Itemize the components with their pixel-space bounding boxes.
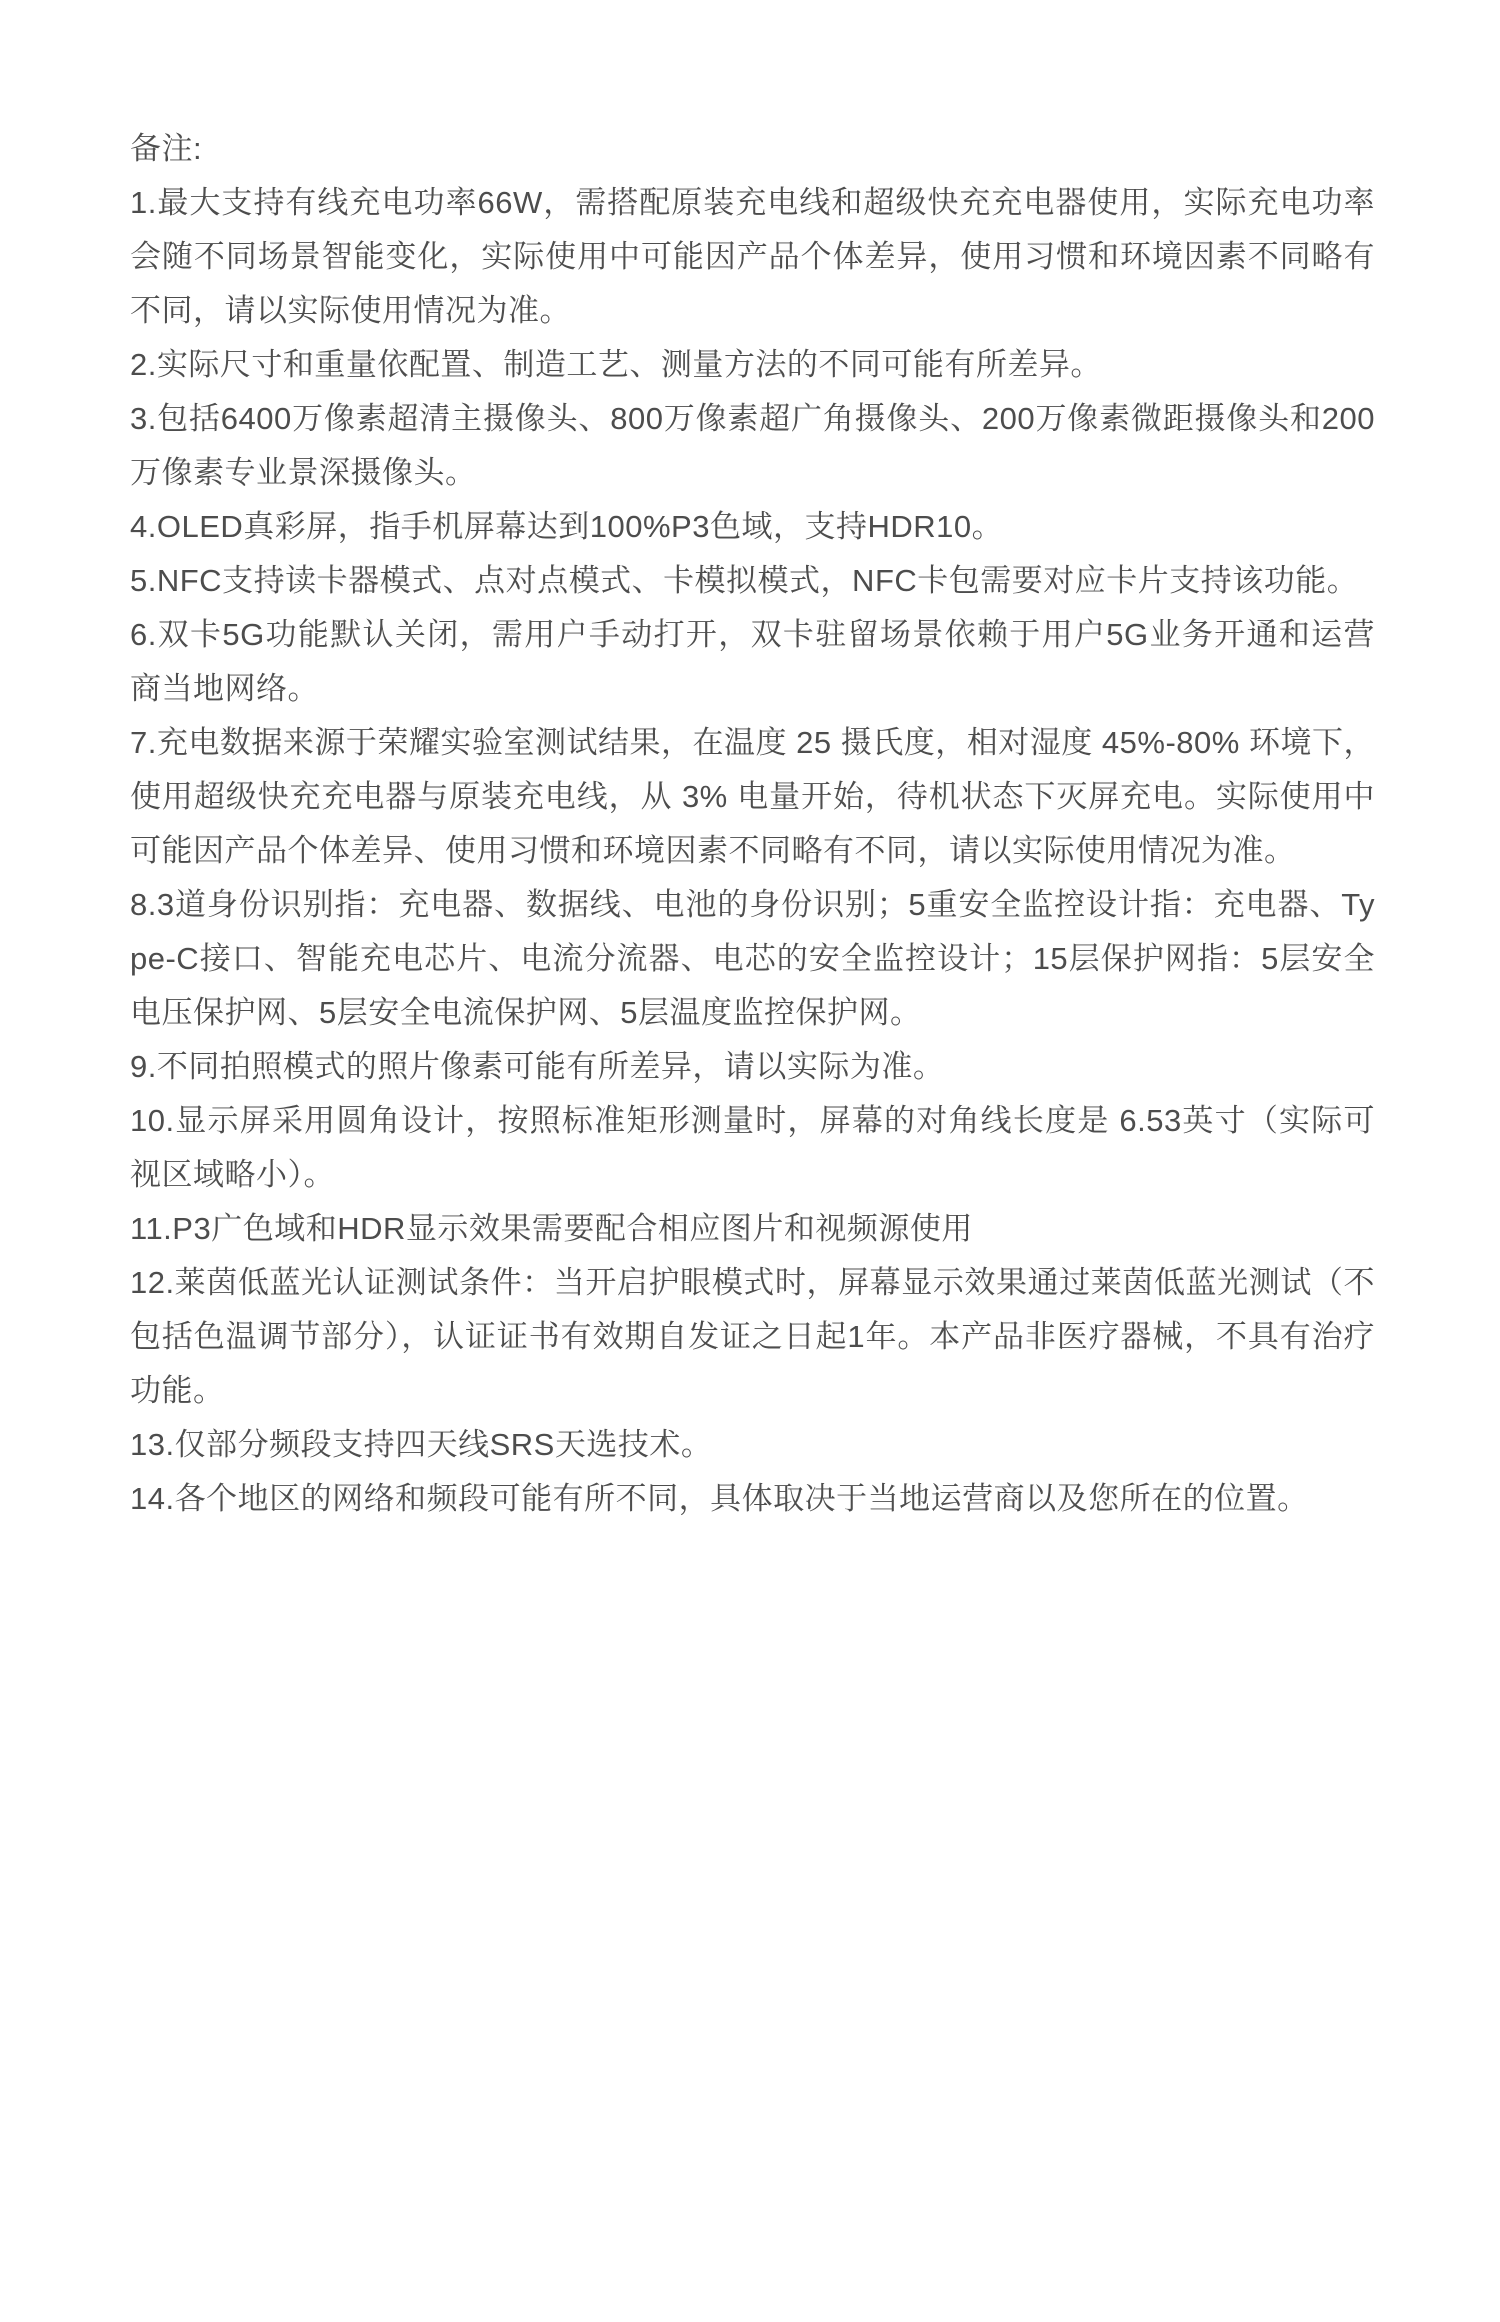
note-item-5: 5.NFC支持读卡器模式、点对点模式、卡模拟模式，NFC卡包需要对应卡片支持该功…	[130, 554, 1375, 608]
note-item-12: 12.莱茵低蓝光认证测试条件：当开启护眼模式时，屏幕显示效果通过莱茵低蓝光测试（…	[130, 1256, 1375, 1418]
note-item-8: 8.3道身份识别指：充电器、数据线、电池的身份识别；5重安全监控设计指：充电器、…	[130, 878, 1375, 1040]
note-item-11: 11.P3广色域和HDR显示效果需要配合相应图片和视频源使用	[130, 1202, 1375, 1256]
note-item-1: 1.最大支持有线充电功率66W，需搭配原装充电线和超级快充充电器使用，实际充电功…	[130, 176, 1375, 338]
note-item-7: 7.充电数据来源于荣耀实验室测试结果，在温度 25 摄氏度，相对湿度 45%-8…	[130, 716, 1375, 878]
note-item-9: 9.不同拍照模式的照片像素可能有所差异，请以实际为准。	[130, 1040, 1375, 1094]
note-item-13: 13.仅部分频段支持四天线SRS天选技术。	[130, 1418, 1375, 1472]
note-item-4: 4.OLED真彩屏，指手机屏幕达到100%P3色域，支持HDR10。	[130, 500, 1375, 554]
note-item-2: 2.实际尺寸和重量依配置、制造工艺、测量方法的不同可能有所差异。	[130, 338, 1375, 392]
note-item-6: 6.双卡5G功能默认关闭，需用户手动打开，双卡驻留场景依赖于用户5G业务开通和运…	[130, 608, 1375, 716]
note-item-10: 10.显示屏采用圆角设计，按照标准矩形测量时，屏幕的对角线长度是 6.53英寸（…	[130, 1094, 1375, 1202]
note-item-14: 14.各个地区的网络和频段可能有所不同，具体取决于当地运营商以及您所在的位置。	[130, 1472, 1375, 1526]
note-item-3: 3.包括6400万像素超清主摄像头、800万像素超广角摄像头、200万像素微距摄…	[130, 392, 1375, 500]
remarks-heading: 备注:	[130, 122, 1375, 176]
remarks-document: 备注: 1.最大支持有线充电功率66W，需搭配原装充电线和超级快充充电器使用，实…	[130, 122, 1375, 1526]
